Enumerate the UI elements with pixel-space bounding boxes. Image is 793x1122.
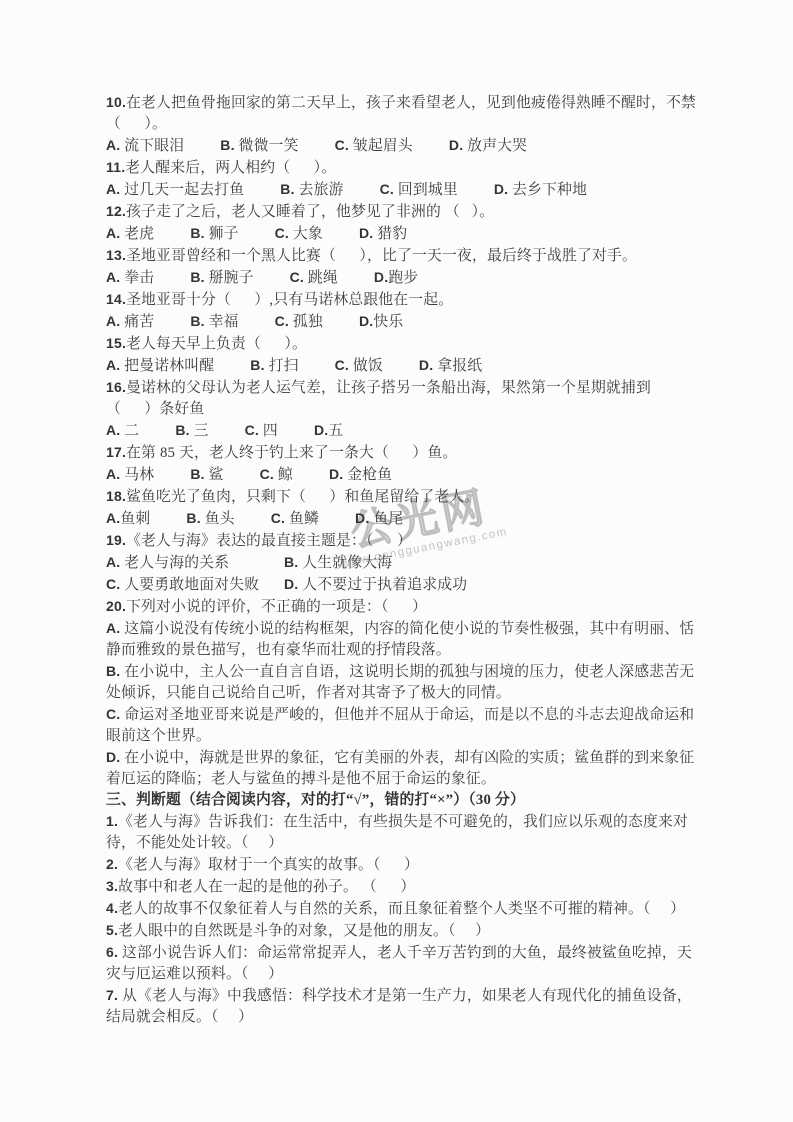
choice-question-16: 16.曼诺林的父母认为老人运气差，让孩子搭另一条船出海，果然第一个星期就捕到（ … (106, 377, 696, 442)
option-text: 猎豹 (373, 226, 407, 242)
option-text: 打扫 (265, 358, 299, 374)
options-row: A. 流下眼泪B. 微微一笑C. 皱起眉头D. 放声大哭 (106, 135, 696, 157)
question-number: 15. (106, 335, 126, 351)
option-C: C. 四 (245, 420, 278, 442)
question-stem-text: 《老人与海》表达的最直接主题是：（ ） (126, 533, 412, 549)
question-stem-text: 老人每天早上负责（ ）。 (126, 336, 307, 352)
option-label: D. (106, 749, 120, 765)
judgment-item-number: 4. (106, 900, 118, 916)
options-row: A. 把曼诺林叫醒B. 打扫C. 做饭D. 拿报纸 (106, 355, 696, 377)
option-label: D. (359, 225, 373, 241)
option-A: A. 二 (106, 420, 139, 442)
option-label: C. (335, 137, 349, 153)
option-label: B. (106, 663, 120, 679)
choice-question-11: 11.老人醒来后，两人相约（ ）。A. 过几天一起去打鱼B. 去旅游C. 回到城… (106, 157, 696, 201)
option-label: B. (250, 357, 264, 373)
option-label: A. (106, 269, 120, 285)
option-label: D. (494, 181, 508, 197)
option-A: A. 把曼诺林叫醒 (106, 355, 214, 377)
option-A: A. 流下眼泪 (106, 135, 184, 157)
question-stem-line: 13.圣地亚哥曾经和一个黑人比赛（ ），比了一天一夜，最后终于战胜了对手。 (106, 245, 696, 267)
choice-question-18: 18.鲨鱼吃光了鱼肉，只剩下（ ）和鱼尾留给了老人。A.鱼刺B. 鱼头C. 鱼鳞… (106, 486, 696, 530)
options-row: A. 拳击B. 掰腕子C. 跳绳D.跑步 (106, 267, 696, 289)
option-D: D. 猎豹 (359, 223, 407, 245)
option-label: D. (374, 269, 388, 285)
judgment-item-text: 《老人与海》告诉我们：在生活中，有些损失是不可避免的，我们应以乐观的态度来对待，… (106, 814, 688, 851)
option-label: C. (380, 181, 394, 197)
option-B: B. 打扫 (250, 355, 298, 377)
question-number: 13. (106, 247, 126, 263)
judgment-item-number: 3. (106, 878, 118, 894)
option-B: B. 掰腕子 (190, 267, 253, 289)
option-text: 回到城里 (394, 182, 458, 198)
option-A: A. 过几天一起去打鱼 (106, 179, 244, 201)
judgment-section-heading-text: 三、判断题（结合阅读内容，对的打“√”，错的打“×”）（30 分） (106, 792, 525, 808)
option-text: 命运对圣地亚哥来说是严峻的，但他并不屈从于命运，而是以不息的斗志去迎战命运和眼前… (106, 707, 694, 744)
option-text: 跳绳 (304, 270, 338, 286)
option-D: D. 金枪鱼 (329, 464, 392, 486)
option-D: D. 放声大哭 (449, 135, 527, 157)
option-text: 皱起眉头 (349, 138, 413, 154)
option-D: D.快乐 (359, 311, 403, 333)
judgment-item-text: 老人眼中的自然既是斗争的对象，又是他的朋友。（ ） (118, 923, 490, 939)
option-label: B. (190, 269, 204, 285)
judgment-item-number: 2. (106, 856, 118, 872)
options-row: A.鱼刺B. 鱼头C. 鱼鳞D. 鱼尾 (106, 508, 696, 530)
options-row: A. 二B. 三C. 四D.五 (106, 420, 696, 442)
options-row: A. 老虎B. 狮子C. 大象D. 猎豹 (106, 223, 696, 245)
option-B: B. 三 (175, 420, 208, 442)
option-label: A. (106, 620, 120, 636)
option-text: 孤独 (289, 314, 323, 330)
option-label: C. (106, 706, 120, 722)
choice-question-14: 14.圣地亚哥十分（ ）,只有马诺林总跟他在一起。A. 痛苦B. 幸福C. 孤独… (106, 289, 696, 333)
option-B: B. 人生就像大海 (284, 552, 696, 574)
option-D: D.五 (314, 420, 343, 442)
option-label: B. (280, 181, 294, 197)
option-text: 拿报纸 (433, 358, 482, 374)
option-row-C: C. 命运对圣地亚哥来说是严峻的，但他并不屈从于命运，而是以不息的斗志去迎战命运… (106, 704, 696, 747)
option-label: A. (106, 422, 120, 438)
choice-question-20: 20.下列对小说的评价，不正确的一项是：（ ）A. 这篇小说没有传统小说的结构框… (106, 596, 696, 790)
judgment-item-text: 从《老人与海》中我感悟：科学技术才是第一生产力，如果老人有现代化的捕鱼设备，结局… (106, 988, 692, 1025)
judgment-item-6: 6. 这部小说告诉人们：命运常常捉弄人，老人千辛万苦钓到的大鱼，最终被鲨鱼吃掉，… (106, 942, 696, 985)
option-B: B. 微微一笑 (220, 135, 298, 157)
question-number: 18. (106, 488, 126, 504)
option-text: 掰腕子 (205, 270, 254, 286)
option-label: D. (314, 422, 328, 438)
option-text: 放声大哭 (463, 138, 527, 154)
option-text: 鱼刺 (120, 511, 150, 527)
option-label: C. (275, 225, 289, 241)
option-label: B. (186, 510, 200, 526)
option-label: D. (355, 510, 369, 526)
options-row: A. 过几天一起去打鱼B. 去旅游C. 回到城里D. 去乡下种地 (106, 179, 696, 201)
option-label: B. (190, 466, 204, 482)
option-label: B. (220, 137, 234, 153)
question-stem-line: 18.鲨鱼吃光了鱼肉，只剩下（ ）和鱼尾留给了老人。 (106, 486, 696, 508)
option-label: B. (284, 554, 298, 570)
option-text: 鱼头 (201, 511, 235, 527)
option-B: B. 鱼头 (186, 508, 234, 530)
option-text: 四 (259, 423, 278, 439)
option-D: D. 鱼尾 (355, 508, 403, 530)
question-stem-text: 在第 85 天，老人终于钓上来了一条大（ ）鱼。 (126, 445, 457, 461)
option-label: D. (359, 313, 373, 329)
question-stem-text: 鲨鱼吃光了鱼肉，只剩下（ ）和鱼尾留给了老人。 (126, 489, 479, 505)
option-label: C. (290, 269, 304, 285)
option-label: C. (271, 510, 285, 526)
option-text: 鱼鳞 (285, 511, 319, 527)
option-row-B: B. 在小说中，主人公一直自言自语，这说明长期的孤独与困境的压力，使老人深感悲苦… (106, 661, 696, 704)
question-stem-text: 圣地亚哥曾经和一个黑人比赛（ ），比了一天一夜，最后终于战胜了对手。 (126, 248, 637, 264)
choice-question-13: 13.圣地亚哥曾经和一个黑人比赛（ ），比了一天一夜，最后终于战胜了对手。A. … (106, 245, 696, 289)
option-C: C. 做饭 (335, 355, 383, 377)
option-D: D.跑步 (374, 267, 418, 289)
question-number: 10. (106, 94, 126, 110)
judgment-item-2: 2.《老人与海》取材于一个真实的故事。（ ） (106, 854, 696, 876)
option-B: B. 幸福 (190, 311, 238, 333)
option-label: D. (419, 357, 433, 373)
option-D: D. 去乡下种地 (494, 179, 587, 201)
option-label: C. (335, 357, 349, 373)
option-text: 金枪鱼 (343, 467, 392, 483)
options-row: A. 痛苦B. 幸福C. 孤独D.快乐 (106, 311, 696, 333)
option-text: 过几天一起去打鱼 (120, 182, 244, 198)
option-text: 人生就像大海 (298, 555, 392, 571)
document-content: 10.在老人把鱼骨拖回家的第二天早上，孩子来看望老人，见到他疲倦得熟睡不醒时，不… (106, 92, 696, 1028)
choice-question-15: 15.老人每天早上负责（ ）。A. 把曼诺林叫醒B. 打扫C. 做饭D. 拿报纸 (106, 333, 696, 377)
option-C: C. 孤独 (275, 311, 323, 333)
option-text: 去乡下种地 (508, 182, 587, 198)
option-text: 在小说中，主人公一直自言自语，这说明长期的孤独与困境的压力，使老人深感悲苦无处倾… (106, 664, 694, 701)
judgment-section-heading: 三、判断题（结合阅读内容，对的打“√”，错的打“×”）（30 分） (106, 790, 696, 811)
option-label: B. (175, 422, 189, 438)
judgment-item-number: 1. (106, 813, 118, 829)
judgment-item-number: 7. (106, 987, 118, 1003)
option-label: D. (329, 466, 343, 482)
question-stem-text: 在老人把鱼骨拖回家的第二天早上，孩子来看望老人，见到他疲倦得熟睡不醒时，不禁（ … (106, 95, 696, 132)
option-label: B. (190, 313, 204, 329)
option-text: 痛苦 (120, 314, 154, 330)
option-text: 狮子 (205, 226, 239, 242)
option-A: A. 马林 (106, 464, 154, 486)
question-stem-text: 老人醒来后，两人相约（ ）。 (125, 160, 336, 176)
judgment-item-3: 3.故事中和老人在一起的是他的孙子。 （ ） (106, 876, 696, 898)
option-label: D. (449, 137, 463, 153)
option-text: 做饭 (349, 358, 383, 374)
option-text: 三 (190, 423, 209, 439)
option-label: D. (284, 576, 298, 592)
judgment-item-text: 《老人与海》取材于一个真实的故事。（ ） (118, 857, 419, 873)
option-label: A. (106, 313, 120, 329)
option-label: A. (106, 225, 120, 241)
option-C: C. 跳绳 (290, 267, 338, 289)
question-number: 19. (106, 532, 126, 548)
document-page: 公光网 www.gongguangwang.com 10.在老人把鱼骨拖回家的第… (0, 0, 793, 1122)
question-stem-text: 曼诺林的父母认为老人运气差，让孩子搭另一条船出海，果然第一个星期就捕到（ ）条好… (106, 380, 651, 417)
judgment-item-number: 6. (106, 944, 118, 960)
option-text: 快乐 (373, 314, 403, 330)
option-label: A. (106, 554, 120, 570)
choice-question-10: 10.在老人把鱼骨拖回家的第二天早上，孩子来看望老人，见到他疲倦得熟睡不醒时，不… (106, 92, 696, 157)
options-row: A. 马林B. 鲨C. 鲸D. 金枪鱼 (106, 464, 696, 486)
option-text: 大象 (289, 226, 323, 242)
question-stem-text: 圣地亚哥十分（ ）,只有马诺林总跟他在一起。 (126, 292, 453, 308)
question-stem-line: 19.《老人与海》表达的最直接主题是：（ ） (106, 530, 696, 552)
judgment-item-text: 故事中和老人在一起的是他的孙子。 （ ） (118, 879, 415, 895)
question-stem-text: 下列对小说的评价，不正确的一项是：（ ） (126, 599, 427, 615)
judgment-item-text: 老人的故事不仅象征着人与自然的关系，而且象征着整个人类坚不可摧的精神。（ ） (118, 901, 685, 917)
option-row-A: A. 这篇小说没有传统小说的结构框架，内容的简化使小说的节奏性极强，其中有明丽、… (106, 618, 696, 661)
option-label: C. (260, 466, 274, 482)
option-label: C. (275, 313, 289, 329)
judgment-item-list: 1.《老人与海》告诉我们：在生活中，有些损失是不可避免的，我们应以乐观的态度来对… (106, 811, 696, 1028)
option-A: A. 拳击 (106, 267, 154, 289)
option-label: A. (106, 357, 120, 373)
option-text: 幸福 (205, 314, 239, 330)
judgment-item-4: 4.老人的故事不仅象征着人与自然的关系，而且象征着整个人类坚不可摧的精神。（ ） (106, 898, 696, 920)
question-number: 11. (106, 159, 125, 175)
option-text: 在小说中，海就是世界的象征，它有美丽的外表，却有凶险的实质；鲨鱼群的到来象征着厄… (106, 750, 694, 787)
options-row: A. 老人与海的关系B. 人生就像大海C. 人要勇敢地面对失败D. 人不要过于执… (106, 552, 696, 596)
option-C: C. 回到城里 (380, 179, 458, 201)
option-text: 二 (120, 423, 139, 439)
option-label: A. (106, 137, 120, 153)
option-C: C. 鱼鳞 (271, 508, 319, 530)
judgment-item-1: 1.《老人与海》告诉我们：在生活中，有些损失是不可避免的，我们应以乐观的态度来对… (106, 811, 696, 854)
question-stem-line: 15.老人每天早上负责（ ）。 (106, 333, 696, 355)
option-B: B. 去旅游 (280, 179, 343, 201)
option-label: A. (106, 510, 120, 526)
question-stem-line: 20.下列对小说的评价，不正确的一项是：（ ） (106, 596, 696, 618)
option-D: D. 人不要过于执着追求成功 (284, 574, 696, 596)
option-text: 老人与海的关系 (120, 555, 229, 571)
choice-question-12: 12.孩子走了之后，老人又睡着了，他梦见了非洲的 （ ）。A. 老虎B. 狮子C… (106, 201, 696, 245)
option-text: 拳击 (120, 270, 154, 286)
option-label: A. (106, 181, 120, 197)
judgment-item-number: 5. (106, 922, 118, 938)
judgment-item-7: 7. 从《老人与海》中我感悟：科学技术才是第一生产力，如果老人有现代化的捕鱼设备… (106, 985, 696, 1028)
question-stem-line: 17.在第 85 天，老人终于钓上来了一条大（ ）鱼。 (106, 442, 696, 464)
option-text: 去旅游 (295, 182, 344, 198)
option-label: C. (245, 422, 259, 438)
question-stem-line: 16.曼诺林的父母认为老人运气差，让孩子搭另一条船出海，果然第一个星期就捕到（ … (106, 377, 696, 420)
option-A: A. 老人与海的关系 (106, 552, 284, 574)
option-label: B. (190, 225, 204, 241)
option-D: D. 拿报纸 (419, 355, 482, 377)
question-number: 16. (106, 379, 126, 395)
option-text: 人要勇敢地面对失败 (120, 577, 259, 593)
choice-question-list: 10.在老人把鱼骨拖回家的第二天早上，孩子来看望老人，见到他疲倦得熟睡不醒时，不… (106, 92, 696, 790)
question-number: 12. (106, 203, 126, 219)
question-stem-text: 孩子走了之后，老人又睡着了，他梦见了非洲的 （ ）。 (126, 204, 494, 220)
option-text: 鲸 (274, 467, 293, 483)
option-text: 鲨 (205, 467, 224, 483)
option-C: C. 鲸 (260, 464, 293, 486)
option-text: 马林 (120, 467, 154, 483)
option-label: A. (106, 466, 120, 482)
option-B: B. 狮子 (190, 223, 238, 245)
option-text: 老虎 (120, 226, 154, 242)
choice-question-19: 19.《老人与海》表达的最直接主题是：（ ）A. 老人与海的关系B. 人生就像大… (106, 530, 696, 596)
question-number: 20. (106, 598, 126, 614)
option-text: 把曼诺林叫醒 (120, 358, 214, 374)
option-text: 人不要过于执着追求成功 (298, 577, 467, 593)
judgment-item-text: 这部小说告诉人们：命运常常捉弄人，老人千辛万苦钓到的大鱼，最终被鲨鱼吃掉，天灾与… (106, 945, 692, 982)
question-number: 14. (106, 291, 126, 307)
option-C: C. 皱起眉头 (335, 135, 413, 157)
option-text: 鱼尾 (369, 511, 403, 527)
option-B: B. 鲨 (190, 464, 223, 486)
option-text: 跑步 (388, 270, 418, 286)
question-stem-line: 12.孩子走了之后，老人又睡着了，他梦见了非洲的 （ ）。 (106, 201, 696, 223)
option-C: C. 大象 (275, 223, 323, 245)
option-A: A. 老虎 (106, 223, 154, 245)
choice-question-17: 17.在第 85 天，老人终于钓上来了一条大（ ）鱼。A. 马林B. 鲨C. 鲸… (106, 442, 696, 486)
option-A: A. 痛苦 (106, 311, 154, 333)
option-row-D: D. 在小说中，海就是世界的象征，它有美丽的外表，却有凶险的实质；鲨鱼群的到来象… (106, 747, 696, 790)
option-text: 流下眼泪 (120, 138, 184, 154)
option-text: 这篇小说没有传统小说的结构框架，内容的简化使小说的节奏性极强，其中有明丽、恬静而… (106, 621, 694, 658)
option-text: 五 (328, 423, 343, 439)
question-stem-line: 10.在老人把鱼骨拖回家的第二天早上，孩子来看望老人，见到他疲倦得熟睡不醒时，不… (106, 92, 696, 135)
judgment-item-5: 5.老人眼中的自然既是斗争的对象，又是他的朋友。（ ） (106, 920, 696, 942)
option-label: C. (106, 576, 120, 592)
option-A: A.鱼刺 (106, 508, 150, 530)
option-text: 微微一笑 (235, 138, 299, 154)
question-stem-line: 11.老人醒来后，两人相约（ ）。 (106, 157, 696, 179)
question-stem-line: 14.圣地亚哥十分（ ）,只有马诺林总跟他在一起。 (106, 289, 696, 311)
option-C: C. 人要勇敢地面对失败 (106, 574, 284, 596)
question-number: 17. (106, 444, 126, 460)
